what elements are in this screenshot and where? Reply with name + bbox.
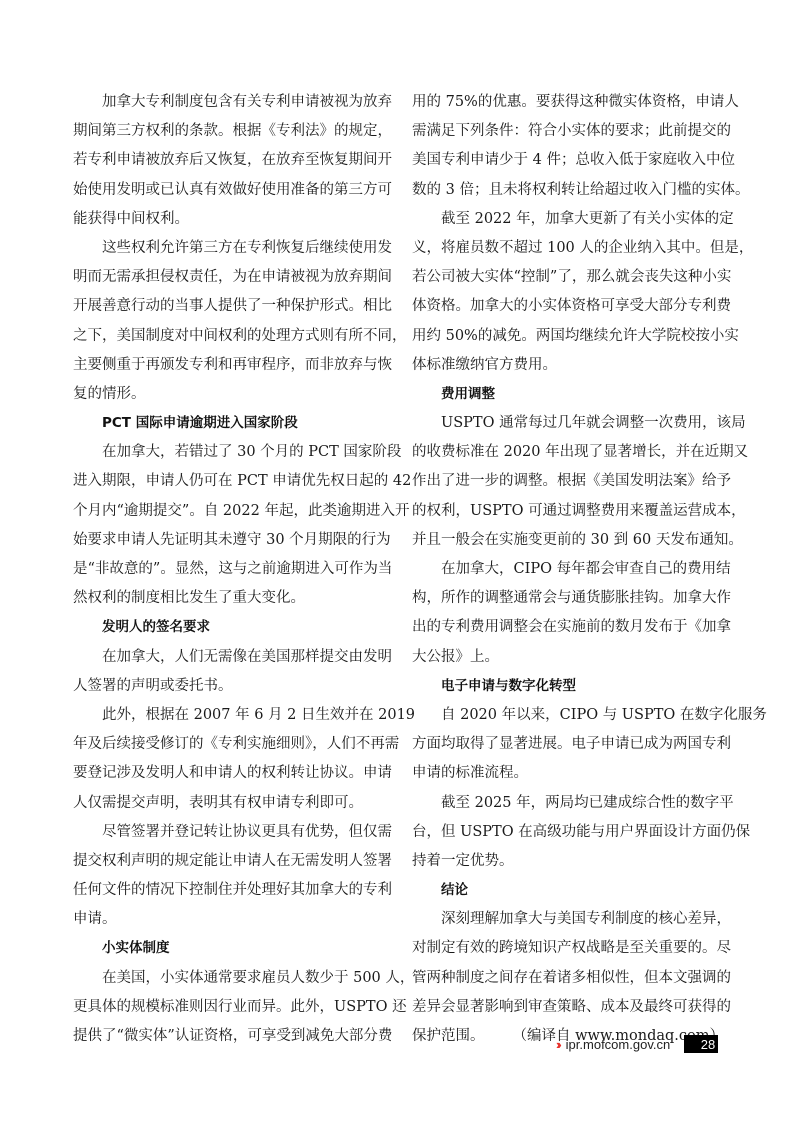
section-heading: 费用调整: [412, 380, 724, 409]
paragraph-line: 义，将雇员数不超过 100 人的企业纳入其中。但是，: [412, 234, 724, 263]
paragraph-line: 人签署的声明或委托书。: [73, 672, 385, 701]
paragraph-line: 要登记涉及发明人和申请人的权利转让协议。申请: [73, 759, 385, 788]
paragraph-line: 是“非故意的”。显然，这与之前逾期进入可作为当: [73, 555, 385, 584]
paragraph-line: 用约 50%的减免。两国均继续允许大学院校按小实: [412, 322, 724, 351]
paragraph-line: 申请。: [73, 905, 385, 934]
double-chevron-right-icon: ››: [556, 1037, 559, 1052]
paragraph-line: 复的情形。: [73, 380, 385, 409]
page-number: 28: [684, 1035, 718, 1053]
paragraph-line: 需满足下列条件：符合小实体的要求；此前提交的: [412, 117, 724, 146]
paragraph-line: 年及后续接受修订的《专利实施细则》，人们不再需: [73, 730, 385, 759]
paragraph-line: 申请的标准流程。: [412, 759, 724, 788]
paragraph-line: 用的 75%的优惠。要获得这种微实体资格，申请人: [412, 88, 724, 117]
section-heading: 发明人的签名要求: [73, 613, 385, 642]
paragraph-line: 持着一定优势。: [412, 847, 724, 876]
paragraph-line: 能获得中间权利。: [73, 205, 385, 234]
paragraph-line: 并且一般会在实施变更前的 30 到 60 天发布通知。: [412, 526, 724, 555]
paragraph-line: 始使用发明或已认真有效做好使用准备的第三方可: [73, 176, 385, 205]
page-footer: ›› ipr.mofcom.gov.cn 28: [556, 1033, 718, 1055]
paragraph-line: 大公报》上。: [412, 643, 724, 672]
paragraph-line: 若专利申请被放弃后又恢复，在放弃至恢复期间开: [73, 146, 385, 175]
paragraph-line: 台，但 USPTO 在高级功能与用户界面设计方面仍保: [412, 818, 724, 847]
paragraph-line: 在加拿大，人们无需像在美国那样提交由发明: [73, 643, 385, 672]
right-column: 用的 75%的优惠。要获得这种微实体资格，申请人需满足下列条件：符合小实体的要求…: [412, 88, 724, 1051]
paragraph-line: 在加拿大，CIPO 每年都会审查自己的费用结: [412, 555, 724, 584]
paragraph-line: 截至 2022 年，加拿大更新了有关小实体的定: [412, 205, 724, 234]
paragraph-line: 期间第三方权利的条款。根据《专利法》的规定，: [73, 117, 385, 146]
section-heading: 结论: [412, 876, 724, 905]
paragraph-line: 之下，美国制度对中间权利的处理方式则有所不同，: [73, 322, 385, 351]
paragraph-line: 人仅需提交声明，表明其有权申请专利即可。: [73, 789, 385, 818]
paragraph-line: 此外，根据在 2007 年 6 月 2 日生效并在 2019: [73, 701, 385, 730]
paragraph-line: 开展善意行动的当事人提供了一种保护形式。相比: [73, 292, 385, 321]
paragraph-line: 提供了“微实体”认证资格，可享受到减免大部分费: [73, 1022, 385, 1051]
paragraph-line: 自 2020 年以来，CIPO 与 USPTO 在数字化服务: [412, 701, 724, 730]
paragraph-line: 在美国，小实体通常要求雇员人数少于 500 人，: [73, 964, 385, 993]
paragraph-line: 对制定有效的跨境知识产权战略是至关重要的。尽: [412, 934, 724, 963]
section-heading: 电子申请与数字化转型: [412, 672, 724, 701]
paragraph-line: 尽管签署并登记转让协议更具有优势，但仅需: [73, 818, 385, 847]
paragraph-line: 然权利的制度相比发生了重大变化。: [73, 584, 385, 613]
website-link[interactable]: ipr.mofcom.gov.cn: [566, 1037, 671, 1052]
paragraph-line: 体标准缴纳官方费用。: [412, 351, 724, 380]
paragraph-line: 加拿大专利制度包含有关专利申请被视为放弃: [73, 88, 385, 117]
paragraph-line: 在加拿大，若错过了 30 个月的 PCT 国家阶段: [73, 438, 385, 467]
paragraph-line: 明而无需承担侵权责任，为在申请被视为放弃期间: [73, 263, 385, 292]
magazine-page: 加拿大专利制度包含有关专利申请被视为放弃期间第三方权利的条款。根据《专利法》的规…: [0, 0, 794, 1123]
paragraph-line: 体资格。加拿大的小实体资格可享受大部分专利费: [412, 292, 724, 321]
paragraph-line: 差异会显著影响到审查策略、成本及最终可获得的: [412, 993, 724, 1022]
paragraph-line: 截至 2025 年，两局均已建成综合性的数字平: [412, 789, 724, 818]
paragraph-line: 构，所作的调整通常会与通货膨胀挂钩。加拿大作: [412, 584, 724, 613]
paragraph-line: 管两种制度之间存在着诸多相似性，但本文强调的: [412, 964, 724, 993]
paragraph-line: 的权利，USPTO 可通过调整费用来覆盖运营成本，: [412, 497, 724, 526]
paragraph-line: 作出了进一步的调整。根据《美国发明法案》给予: [412, 467, 724, 496]
section-heading: PCT 国际申请逾期进入国家阶段: [73, 409, 385, 438]
section-heading: 小实体制度: [73, 934, 385, 963]
paragraph-line: 深刻理解加拿大与美国专利制度的核心差异，: [412, 905, 724, 934]
left-column: 加拿大专利制度包含有关专利申请被视为放弃期间第三方权利的条款。根据《专利法》的规…: [73, 88, 385, 1051]
paragraph-line: 这些权利允许第三方在专利恢复后继续使用发: [73, 234, 385, 263]
paragraph-line: 数的 3 倍；且未将权利转让给超过收入门槛的实体。: [412, 176, 724, 205]
paragraph-line: 提交权利声明的规定能让申请人在无需发明人签署: [73, 847, 385, 876]
paragraph-line: 的收费标准在 2020 年出现了显著增长，并在近期又: [412, 438, 724, 467]
paragraph-line: 始要求申请人先证明其未遵守 30 个月期限的行为: [73, 526, 385, 555]
paragraph-line: 主要侧重于再颁发专利和再审程序，而非放弃与恢: [73, 351, 385, 380]
closing-text: 保护范围。: [412, 1022, 485, 1051]
paragraph-line: 若公司被大实体“控制”了，那么就会丧失这种小实: [412, 263, 724, 292]
paragraph-line: 出的专利费用调整会在实施前的数月发布于《加拿: [412, 613, 724, 642]
paragraph-line: 任何文件的情况下控制住并处理好其加拿大的专利: [73, 876, 385, 905]
paragraph-line: 方面均取得了显著进展。电子申请已成为两国专利: [412, 730, 724, 759]
paragraph-line: USPTO 通常每过几年就会调整一次费用，该局: [412, 409, 724, 438]
paragraph-line: 进入期限，申请人仍可在 PCT 申请优先权日起的 42: [73, 467, 385, 496]
paragraph-line: 更具体的规模标准则因行业而异。此外，USPTO 还: [73, 993, 385, 1022]
paragraph-line: 个月内“逾期提交”。自 2022 年起，此类逾期进入开: [73, 497, 385, 526]
paragraph-line: 美国专利申请少于 4 件；总收入低于家庭收入中位: [412, 146, 724, 175]
